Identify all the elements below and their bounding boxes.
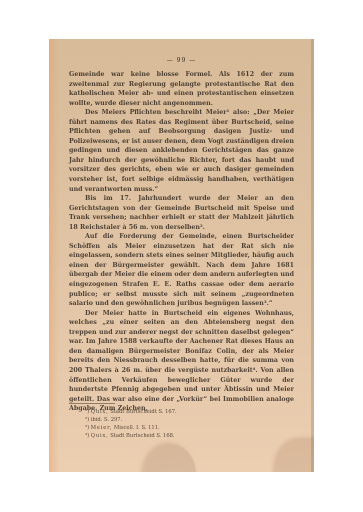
footnote-text: Stadt Burtscheidt S. 167. — [110, 409, 176, 415]
footnote-divider — [69, 403, 115, 404]
paragraph-1: Gemeinde war keine blosse Formel. Als 16… — [69, 70, 294, 108]
thumb-shadow-left — [144, 444, 196, 472]
footnote-mark: ¹) — [85, 409, 89, 415]
footnote-4: ⁴) Quix, Stadt Burtscheid S. 168. — [85, 432, 285, 440]
paragraph-3: Bis im 17. Jahrhundert wurde der Meier a… — [69, 194, 294, 232]
page-number: — 99 — — [49, 57, 314, 64]
paragraph-2: Des Meiers Pflichten beschreibt Meier¹ a… — [69, 108, 294, 194]
footnote-author: Meier, — [91, 425, 112, 431]
footnote-author: Quix, — [91, 433, 109, 439]
body-text: Gemeinde war keine blosse Formel. Als 16… — [69, 70, 294, 414]
book-page: — 99 — Gemeinde war keine blosse Formel.… — [49, 39, 314, 472]
paragraph-5: Der Meier hatte in Burtscheid ein eigene… — [69, 309, 294, 414]
thumb-shadow-right — [276, 439, 314, 472]
footnote-1: ¹) Quix, Stadt Burtscheidt S. 167. — [85, 408, 285, 416]
footnote-mark: ⁴) — [85, 433, 89, 439]
footnote-mark: ³) — [85, 425, 89, 431]
footnote-text: Miscell. I. S. 111. — [114, 425, 160, 431]
footnote-text: Stadt Burtscheid S. 168. — [110, 433, 174, 439]
paragraph-4: Auf die Forderung der Gemeinde, einen Bu… — [69, 232, 294, 308]
footnote-author: Quix, — [91, 409, 109, 415]
footnotes: ¹) Quix, Stadt Burtscheidt S. 167. ²) ib… — [85, 408, 285, 440]
footnote-2: ²) ibid. S. 297. — [85, 416, 285, 424]
footnote-3: ³) Meier, Miscell. I. S. 111. — [85, 424, 285, 432]
footnote-text: ibid. S. 297. — [91, 417, 122, 423]
footnote-mark: ²) — [85, 417, 89, 423]
